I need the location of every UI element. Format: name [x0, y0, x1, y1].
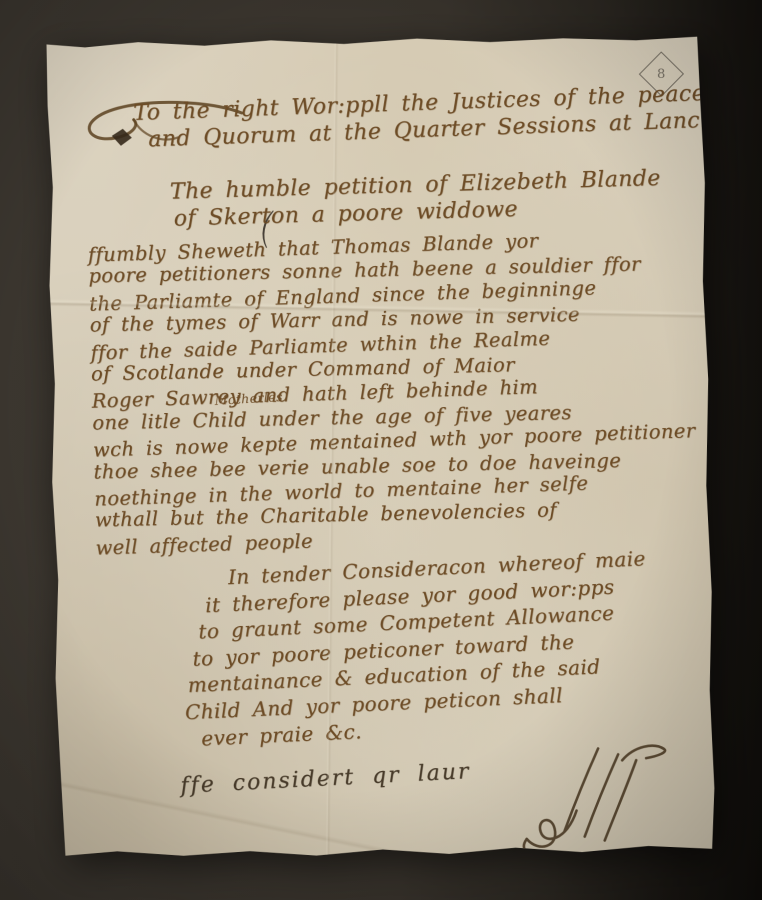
photo-backdrop: 8 To the right Wor:ppll the Justices of …: [0, 0, 762, 900]
stamp-number: 8: [657, 66, 665, 81]
manuscript-paper: 8 To the right Wor:ppll the Justices of …: [45, 36, 715, 859]
petition-body-block: ffumbly Sheweth that Thomas Blande yor p…: [88, 226, 699, 559]
paper-sheet: 8 To the right Wor:ppll the Justices of …: [45, 36, 715, 859]
signature-paraph-flourish-icon: [518, 734, 699, 865]
clerk-endorsement: ffe considert qr laur: [180, 759, 471, 799]
prayer-clause-block: In tender Consideracon whereof maie it t…: [175, 545, 653, 752]
petition-heading-block: The humble petition of Elizebeth Blande …: [173, 165, 662, 233]
address-block: To the right Wor:ppll the Justices of th…: [147, 80, 708, 154]
